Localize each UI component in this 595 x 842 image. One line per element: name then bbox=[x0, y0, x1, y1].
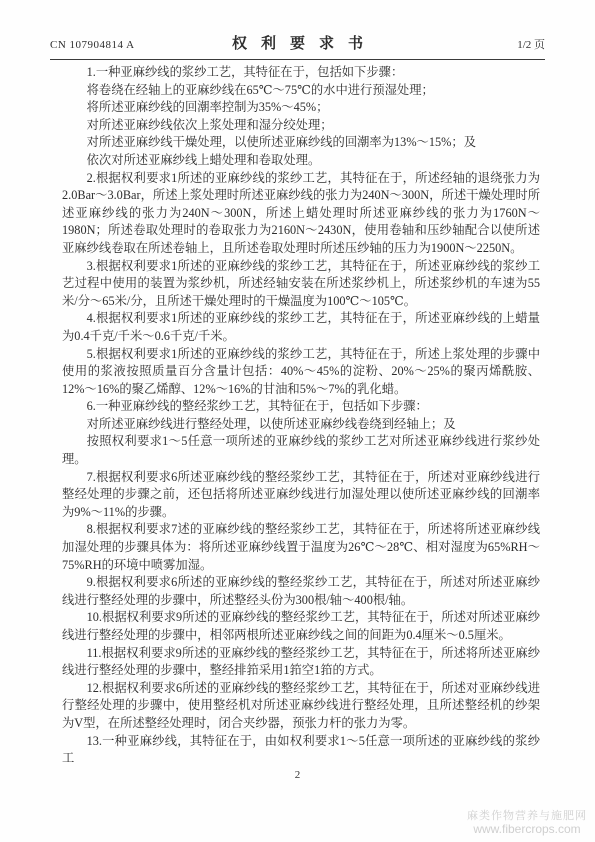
document-title: 权利要求书 bbox=[210, 32, 399, 53]
page-number: 2 bbox=[0, 769, 595, 781]
claim-paragraph: 2.根据权利要求1所述的亚麻纱线的浆纱工艺，其特征在于，所述经轴的退绕张力为2.… bbox=[62, 170, 540, 258]
claim-paragraph: 将所述亚麻纱线的回潮率控制为35%～45%； bbox=[62, 99, 540, 117]
claim-paragraph: 6.一种亚麻纱线的整经浆纱工艺，其特征在于，包括如下步骤： bbox=[62, 398, 540, 416]
claim-paragraph: 11.根据权利要求9所述的亚麻纱线的整经浆纱工艺，其特征在于，所述将所述亚麻纱线… bbox=[62, 645, 540, 680]
claim-paragraph: 按照权利要求1～5任意一项所述的亚麻纱线的浆纱工艺对所述亚麻纱线进行浆纱处理。 bbox=[62, 433, 540, 468]
claim-paragraph: 对所述亚麻纱线依次上浆处理和湿分绞处理； bbox=[62, 117, 540, 135]
publication-number: CN 107904814 A bbox=[50, 39, 210, 51]
claim-paragraph: 3.根据权利要求1所述的亚麻纱线的浆纱工艺，其特征在于，所述亚麻纱线的浆纱工艺过… bbox=[62, 258, 540, 311]
claim-paragraph: 4.根据权利要求1所述的亚麻纱线的浆纱工艺，其特征在于，所述亚麻纱线的上蜡量为0… bbox=[62, 310, 540, 345]
claim-paragraph: 12.根据权利要求6所述的亚麻纱线的整经浆纱工艺，其特征在于，所述对亚麻纱线进行… bbox=[62, 680, 540, 733]
claim-paragraph: 将卷绕在经轴上的亚麻纱线在65℃～75℃的水中进行预湿处理； bbox=[62, 82, 540, 100]
claim-paragraph: 13.一种亚麻纱线，其特征在于，由如权利要求1～5任意一项所述的亚麻纱线的浆纱工 bbox=[62, 733, 540, 768]
watermark: 麻类作物营养与施肥网 www.fibercrops.com bbox=[467, 810, 587, 836]
claim-paragraph: 对所述亚麻纱线干燥处理，以使所述亚麻纱线的回潮率为13%～15%；及 bbox=[62, 134, 540, 152]
page-indicator: 1/2 页 bbox=[385, 36, 545, 52]
claim-paragraph: 对所述亚麻纱线进行整经处理，以使所述亚麻纱线卷绕到经轴上；及 bbox=[62, 416, 540, 434]
claim-paragraph: 7.根据权利要求6所述亚麻纱线的整经浆纱工艺，其特征在于，所述对亚麻纱线进行整经… bbox=[62, 469, 540, 522]
claim-paragraph: 10.根据权利要求9所述的亚麻纱线的整经浆纱工艺，其特征在于，所述对所述亚麻纱线… bbox=[62, 609, 540, 644]
claim-paragraph: 9.根据权利要求6所述的亚麻纱线的整经浆纱工艺，其特征在于，所述对所述亚麻纱线进… bbox=[62, 574, 540, 609]
claim-paragraph: 依次对所述亚麻纱线上蜡处理和卷取处理。 bbox=[62, 152, 540, 170]
watermark-url: www.fibercrops.com bbox=[467, 823, 587, 836]
claim-paragraph: 1.一种亚麻纱线的浆纱工艺，其特征在于，包括如下步骤： bbox=[62, 64, 540, 82]
claims-body: 1.一种亚麻纱线的浆纱工艺，其特征在于，包括如下步骤： 将卷绕在经轴上的亚麻纱线… bbox=[62, 64, 540, 768]
page-header: CN 107904814 A 权利要求书 1/2 页 bbox=[50, 32, 545, 60]
patent-claims-page: CN 107904814 A 权利要求书 1/2 页 1.一种亚麻纱线的浆纱工艺… bbox=[0, 0, 595, 842]
claim-paragraph: 5.根据权利要求1所述的亚麻纱线的浆纱工艺，其特征在于，所述上浆处理的步骤中使用… bbox=[62, 346, 540, 399]
claim-paragraph: 8.根据权利要求7述的亚麻纱线的整经浆纱工艺，其特征在于，所述将所述亚麻纱线加湿… bbox=[62, 521, 540, 574]
